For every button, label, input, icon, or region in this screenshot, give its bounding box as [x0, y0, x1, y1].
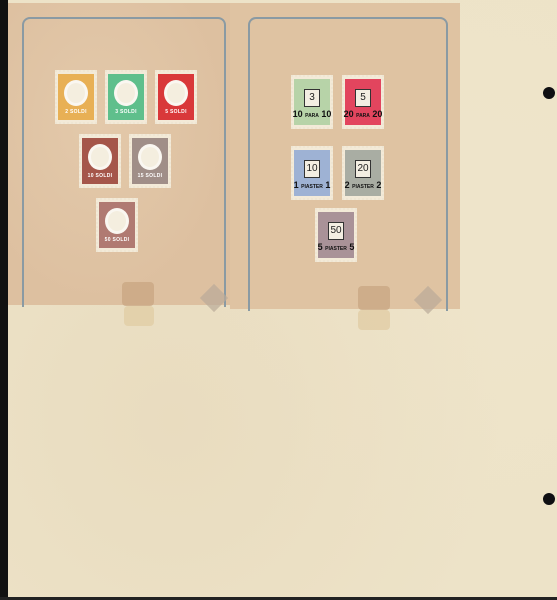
coat-of-arms-value: 3: [304, 89, 320, 107]
surcharge-overprint: 20 PARA 20: [344, 109, 383, 119]
page-left-edge: [0, 0, 8, 600]
stamp-lilac-brown-portrait: 50 SOLDI: [96, 198, 138, 252]
stamp-design: 15 SOLDI: [132, 138, 168, 184]
hinge-right: [358, 286, 390, 310]
stamp-brown-portrait: 10 SOLDI: [79, 134, 121, 188]
stamp-design: 505 PIASTER 5: [318, 212, 354, 258]
coat-of-arms-value: 10: [304, 160, 320, 178]
surcharge-right: 20: [372, 109, 382, 119]
surcharge-overprint: 5 PIASTER 5: [318, 242, 355, 252]
stamp-design: 520 PARA 20: [345, 79, 381, 125]
stamp-design: 101 PIASTER 1: [294, 150, 330, 196]
surcharge-overprint: 10 PARA 10: [293, 109, 332, 119]
hinge-left: [122, 282, 154, 306]
binder-hole-top: [543, 87, 555, 99]
stamp-design: 310 PARA 10: [294, 79, 330, 125]
stamp-blue-arms: 101 PIASTER 1: [291, 146, 333, 200]
stamp-green-portrait: 3 SOLDI: [105, 70, 147, 124]
coat-of-arms-value: 5: [355, 89, 371, 107]
portrait-icon: [164, 80, 188, 106]
surcharge-word: PIASTER: [325, 246, 347, 252]
portrait-icon: [114, 80, 138, 106]
surcharge-right: 10: [321, 109, 331, 119]
surcharge-word: PIASTER: [352, 184, 374, 190]
hinge-left-lower: [124, 306, 154, 326]
surcharge-word: PARA: [356, 113, 370, 119]
portrait-icon: [105, 208, 129, 234]
surcharge-overprint: 2 PIASTER 2: [345, 180, 382, 190]
left-sheet-frame: [22, 17, 226, 307]
stamp-value-label: 3 SOLDI: [115, 109, 137, 115]
stamp-design: 3 SOLDI: [108, 74, 144, 120]
stamp-design: 5 SOLDI: [158, 74, 194, 120]
surcharge-left: 2: [345, 180, 350, 190]
surcharge-right: 1: [325, 180, 330, 190]
surcharge-word: PIASTER: [301, 184, 323, 190]
stamp-grey-arms: 202 PIASTER 2: [342, 146, 384, 200]
surcharge-left: 10: [293, 109, 303, 119]
stamp-design: 10 SOLDI: [82, 138, 118, 184]
stamp-green-arms: 310 PARA 10: [291, 75, 333, 129]
stamp-value-label: 10 SOLDI: [88, 173, 113, 179]
stamp-design: 2 SOLDI: [58, 74, 94, 120]
surcharge-right: 2: [376, 180, 381, 190]
stamp-design: 202 PIASTER 2: [345, 150, 381, 196]
portrait-icon: [138, 144, 162, 170]
surcharge-right: 5: [349, 242, 354, 252]
stamp-red-portrait: 5 SOLDI: [155, 70, 197, 124]
surcharge-left: 1: [294, 180, 299, 190]
stamp-value-label: 5 SOLDI: [165, 109, 187, 115]
stamp-violet-arms: 505 PIASTER 5: [315, 208, 357, 262]
surcharge-left: 5: [318, 242, 323, 252]
stamp-design: 50 SOLDI: [99, 202, 135, 248]
surcharge-overprint: 1 PIASTER 1: [294, 180, 331, 190]
portrait-icon: [64, 80, 88, 106]
stamp-value-label: 15 SOLDI: [138, 173, 163, 179]
stamp-red-arms: 520 PARA 20: [342, 75, 384, 129]
binder-hole-bottom: [543, 493, 555, 505]
stamp-grey-portrait: 15 SOLDI: [129, 134, 171, 188]
portrait-icon: [88, 144, 112, 170]
stamp-value-label: 50 SOLDI: [105, 237, 130, 243]
coat-of-arms-value: 20: [355, 160, 371, 178]
hinge-right-lower: [358, 310, 390, 330]
stamp-value-label: 2 SOLDI: [65, 109, 87, 115]
surcharge-left: 20: [344, 109, 354, 119]
coat-of-arms-value: 50: [328, 222, 344, 240]
surcharge-word: PARA: [305, 113, 319, 119]
stamp-orange-portrait: 2 SOLDI: [55, 70, 97, 124]
